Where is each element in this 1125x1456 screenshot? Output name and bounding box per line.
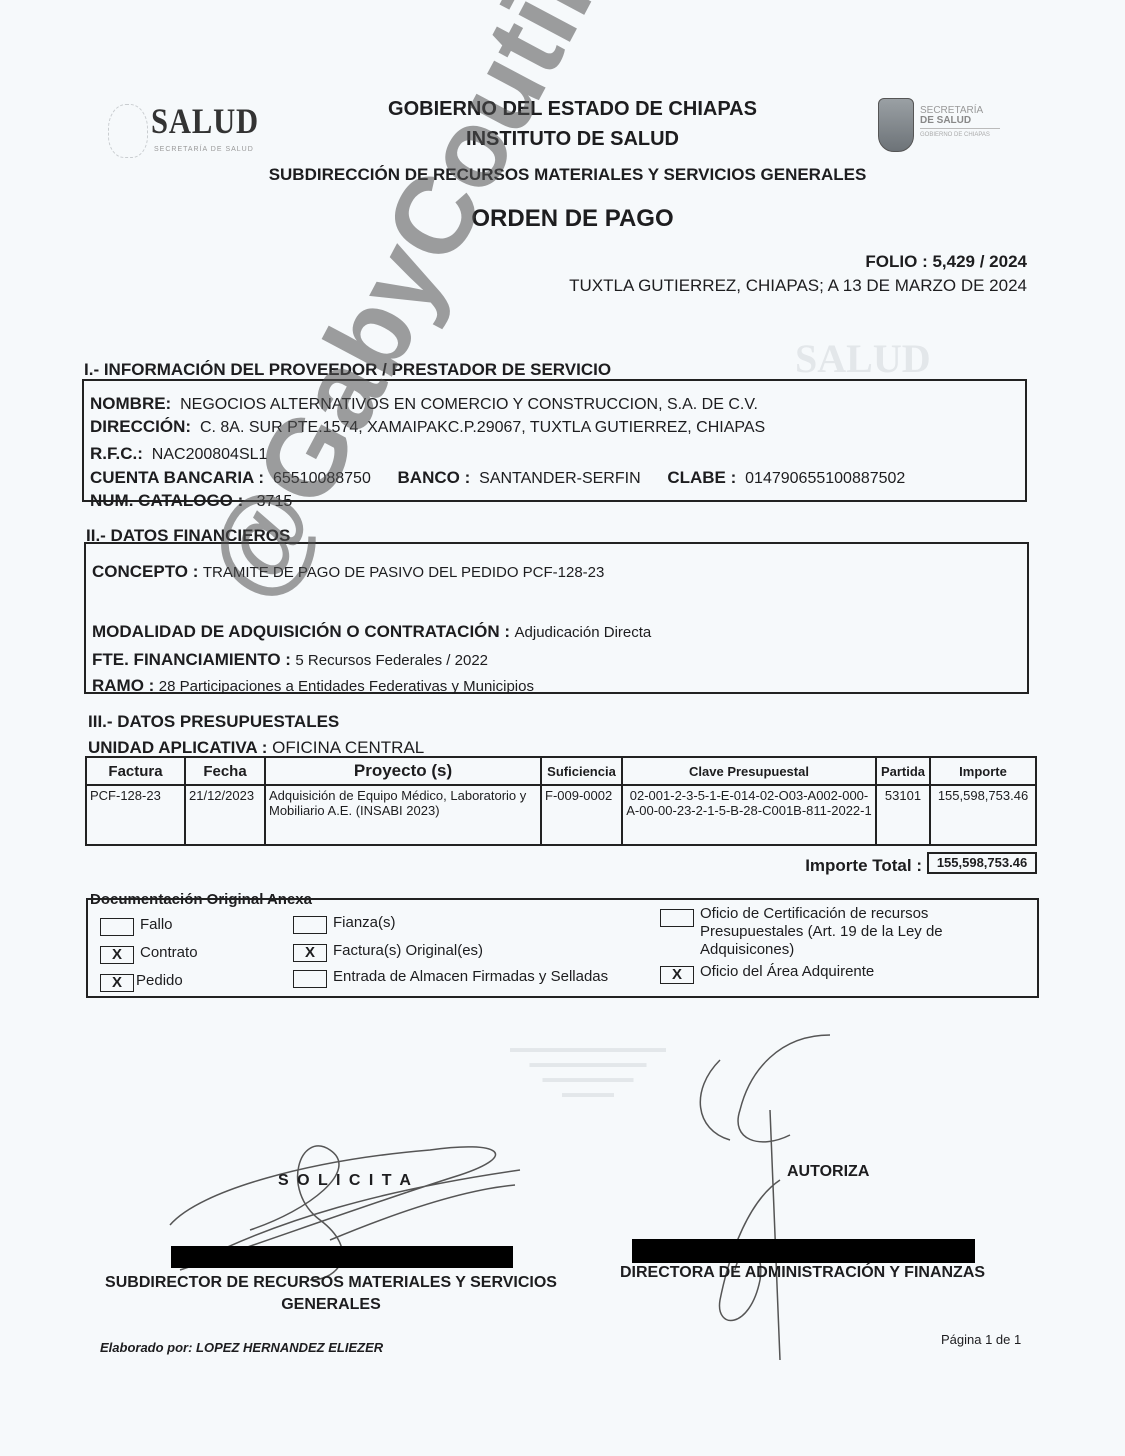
clabe-label: CLABE : <box>667 468 736 487</box>
institute-heading: INSTITUTO DE SALUD <box>0 128 1125 151</box>
ramo-value: 28 Participaciones a Entidades Federativ… <box>159 678 534 695</box>
ramo-row: RAMO : 28 Participaciones a Entidades Fe… <box>92 676 534 696</box>
total-amount: 155,598,753.46 <box>927 852 1037 874</box>
cell-proyecto: Adquisición de Equipo Médico, Laboratori… <box>265 785 541 845</box>
col-factura: Factura <box>86 757 185 785</box>
concepto-row: CONCEPTO : TRAMITE DE PAGO DE PASIVO DEL… <box>92 562 604 582</box>
label-fianza: Fianza(s) <box>333 914 396 932</box>
col-fecha: Fecha <box>185 757 265 785</box>
direccion-label: DIRECCIÓN: <box>90 417 191 436</box>
nombre-label: NOMBRE: <box>90 394 171 413</box>
budget-table-header: Factura Fecha Proyecto (s) Suficiencia C… <box>86 757 1036 785</box>
col-partida: Partida <box>876 757 930 785</box>
document-title: ORDEN DE PAGO <box>0 205 1125 233</box>
provider-address-row: DIRECCIÓN: C. 8A. SUR PTE.1574, XAMAIPAK… <box>90 417 765 437</box>
unidad-value: OFICINA CENTRAL <box>272 738 424 757</box>
banco-label: BANCO : <box>398 468 471 487</box>
col-clave: Clave Presupuestal <box>622 757 876 785</box>
clabe-number: 014790655100887502 <box>745 470 905 487</box>
section3-heading: III.- DATOS PRESUPUESTALES <box>88 712 339 732</box>
checkbox-oficio-certificacion[interactable] <box>660 909 694 927</box>
solicita-role: SUBDIRECTOR DE RECURSOS MATERIALES Y SER… <box>90 1272 572 1316</box>
financiamiento-label: FTE. FINANCIAMIENTO : <box>92 650 291 669</box>
concepto-value: TRAMITE DE PAGO DE PASIVO DEL PEDIDO PCF… <box>203 564 604 581</box>
checkbox-oficio-area[interactable]: X <box>660 966 694 984</box>
autoriza-role: DIRECTORA DE ADMINISTRACIÓN Y FINANZAS <box>620 1264 985 1282</box>
cell-fecha: 21/12/2023 <box>185 785 265 845</box>
provider-rfc-row: R.F.C.: NAC200804SL1 <box>90 444 267 464</box>
elaborado-por: Elaborado por: LOPEZ HERNANDEZ ELIEZER <box>100 1340 383 1355</box>
checkbox-facturas[interactable]: X <box>293 944 327 962</box>
label-fallo: Fallo <box>140 916 173 934</box>
col-proyecto: Proyecto (s) <box>265 757 541 785</box>
cell-importe: 155,598,753.46 <box>930 785 1036 845</box>
budget-table: Factura Fecha Proyecto (s) Suficiencia C… <box>85 756 1037 846</box>
label-oficio-certificacion: Oficio de Certificación de recursos Pres… <box>700 905 990 959</box>
checkbox-entrada-almacen[interactable] <box>293 970 327 988</box>
label-entrada-almacen: Entrada de Almacen Firmadas y Selladas <box>333 968 608 986</box>
cuenta-label: CUENTA BANCARIA : <box>90 468 264 487</box>
catalogo-label: NUM. CATALOGO : <box>90 491 243 510</box>
modalidad-label: MODALIDAD DE ADQUISICIÓN O CONTRATACIÓN … <box>92 622 510 641</box>
autoriza-label: AUTORIZA <box>787 1163 869 1181</box>
section1-heading: I.- INFORMACIÓN DEL PROVEEDOR / PRESTADO… <box>84 360 611 380</box>
provider-bank-row: CUENTA BANCARIA : 65510088750 BANCO : SA… <box>90 468 905 488</box>
provider-rfc: NAC200804SL1 <box>152 446 268 463</box>
bleed-through-text: SALUD <box>795 335 931 382</box>
concepto-label: CONCEPTO : <box>92 562 198 581</box>
cell-factura: PCF-128-23 <box>86 785 185 845</box>
provider-catalog-row: NUM. CATALOGO : 3715 <box>90 491 292 511</box>
financiamiento-value: 5 Recursos Federales / 2022 <box>295 652 488 669</box>
unidad-label: UNIDAD APLICATIVA : <box>88 738 267 757</box>
place-date: TUXTLA GUTIERREZ, CHIAPAS; A 13 DE MARZO… <box>569 276 1027 296</box>
modalidad-row: MODALIDAD DE ADQUISICIÓN O CONTRATACIÓN … <box>92 622 651 642</box>
bleed-through-stamp: ▬▬▬▬▬▬▬▬▬▬▬▬▬▬▬▬▬▬▬▬▬▬▬▬▬▬▬▬▬▬▬▬ <box>438 1040 738 1100</box>
solicita-label: S O L I C I T A <box>278 1172 413 1190</box>
label-pedido: Pedido <box>136 972 183 990</box>
financiamiento-row: FTE. FINANCIAMIENTO : 5 Recursos Federal… <box>92 650 488 670</box>
col-importe: Importe <box>930 757 1036 785</box>
redacted-name-autoriza <box>632 1239 975 1263</box>
bank-account: 65510088750 <box>273 470 371 487</box>
checkbox-fianza[interactable] <box>293 916 327 934</box>
table-row: PCF-128-23 21/12/2023 Adquisición de Equ… <box>86 785 1036 845</box>
cell-suficiencia: F-009-0002 <box>541 785 622 845</box>
documentation-box: Fallo X Contrato X Pedido Fianza(s) X Fa… <box>86 898 1039 998</box>
label-facturas: Factura(s) Original(es) <box>333 942 483 960</box>
provider-address: C. 8A. SUR PTE.1574, XAMAIPAKC.P.29067, … <box>200 419 765 436</box>
checkbox-fallo[interactable] <box>100 918 134 936</box>
unidad-aplicativa-row: UNIDAD APLICATIVA : OFICINA CENTRAL <box>88 738 424 758</box>
label-oficio-area: Oficio del Área Adquirente <box>700 963 874 981</box>
cell-clave: 02-001-2-3-5-1-E-014-02-O03-A002-000-A-0… <box>622 785 876 845</box>
provider-name-row: NOMBRE: NEGOCIOS ALTERNATIVOS EN COMERCI… <box>90 394 758 414</box>
folio-number: FOLIO : 5,429 / 2024 <box>865 252 1027 272</box>
ramo-label: RAMO : <box>92 676 154 695</box>
cell-partida: 53101 <box>876 785 930 845</box>
label-contrato: Contrato <box>140 944 198 962</box>
rfc-label: R.F.C.: <box>90 444 143 463</box>
provider-name: NEGOCIOS ALTERNATIVOS EN COMERCIO Y CONS… <box>180 396 758 413</box>
provider-info-box: NOMBRE: NEGOCIOS ALTERNATIVOS EN COMERCI… <box>82 379 1027 502</box>
total-label: Importe Total : <box>805 856 922 876</box>
bank-name: SANTANDER-SERFIN <box>479 470 641 487</box>
checkbox-pedido[interactable]: X <box>100 974 134 992</box>
catalog-number: 3715 <box>257 493 293 510</box>
page-number: Página 1 de 1 <box>941 1332 1021 1347</box>
government-heading: GOBIERNO DEL ESTADO DE CHIAPAS <box>0 98 1125 121</box>
subdirection-heading: SUBDIRECCIÓN DE RECURSOS MATERIALES Y SE… <box>0 165 1125 185</box>
col-suficiencia: Suficiencia <box>541 757 622 785</box>
redacted-name-solicita <box>171 1246 513 1268</box>
modalidad-value: Adjudicación Directa <box>515 624 652 641</box>
checkbox-contrato[interactable]: X <box>100 946 134 964</box>
financial-data-box: CONCEPTO : TRAMITE DE PAGO DE PASIVO DEL… <box>84 542 1029 694</box>
